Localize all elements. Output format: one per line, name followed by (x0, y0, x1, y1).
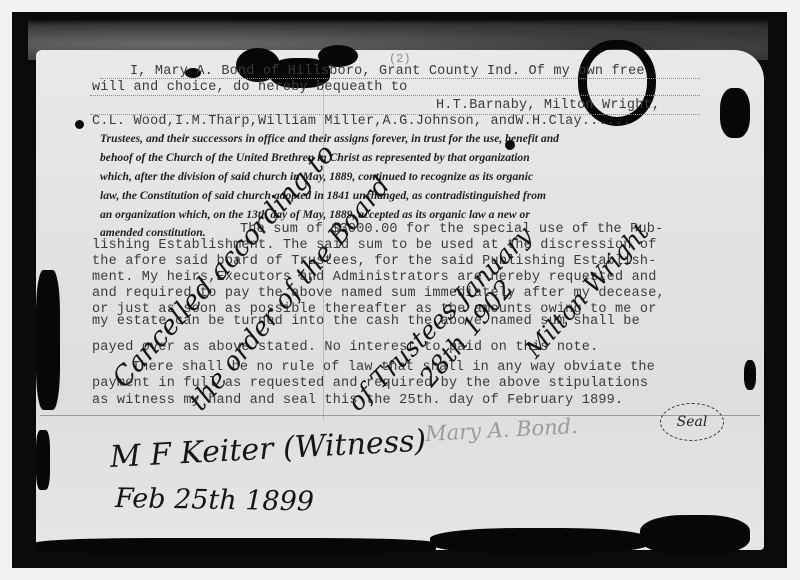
typed-line: C.L. Wood,I.M.Tharp,William Miller,A.G.J… (92, 114, 632, 129)
typed-body-line: The sum of $3000.00 for the special use … (240, 222, 663, 237)
typed-body-line: lishing Establishment. The said sum to b… (92, 238, 657, 253)
typed-body-line: ment. My heirs,Executors and Administrat… (92, 270, 657, 285)
burn-mark (744, 360, 756, 390)
burn-mark (430, 528, 650, 554)
witness-date: Feb 25th 1899 (115, 483, 315, 517)
seal-stamp: Seal (660, 403, 724, 441)
typed-line: I, Mary A. Bond of Hillsboro, Grant Coun… (130, 64, 645, 79)
burn-mark (720, 88, 750, 138)
burn-mark (36, 538, 436, 554)
typed-line: will and choice, do hereby bequeath to (92, 80, 407, 95)
printed-clause: an organization which, on the 13th day o… (100, 208, 530, 221)
burn-mark (640, 515, 750, 555)
typed-line: H.T.Barnaby, Milton Wright, (436, 98, 660, 113)
typed-body-line: the afore said board of Trustees, for th… (92, 254, 657, 269)
printed-clause: Trustees, and their successors in office… (100, 132, 559, 145)
burn-mark (75, 120, 84, 129)
burn-mark (36, 270, 60, 410)
fold-line-horizontal (40, 415, 760, 416)
printed-clause: law, the Constitution of said church ado… (100, 189, 546, 202)
seal-label: Seal (677, 414, 708, 430)
dotted-rule (90, 95, 700, 96)
burn-mark (36, 430, 50, 490)
